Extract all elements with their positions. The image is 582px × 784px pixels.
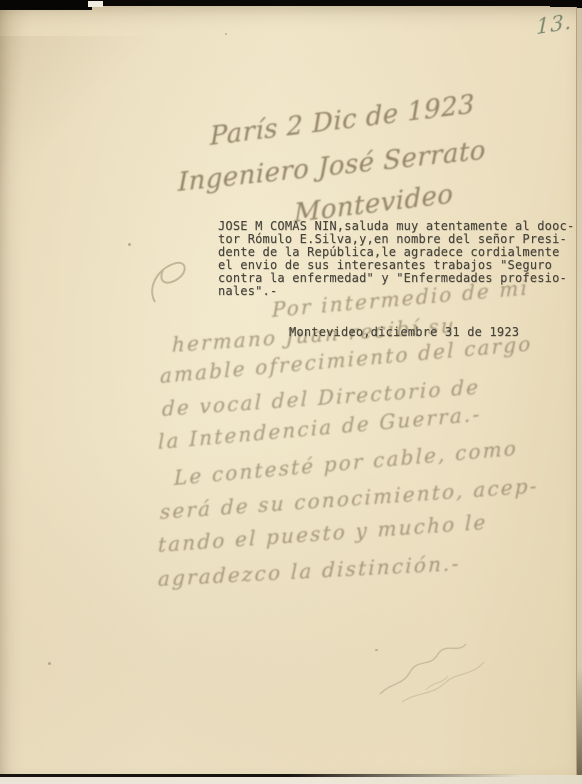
page-edge-shadow <box>0 774 522 777</box>
paper-speck <box>128 243 131 246</box>
under-page-right-edge <box>577 8 582 784</box>
paper-speck <box>375 649 378 651</box>
paper-speck <box>225 33 227 35</box>
paper-speck <box>48 662 51 665</box>
top-right-edge-blob <box>550 0 582 7</box>
top-edge-strip <box>0 0 92 10</box>
letter-page <box>0 6 577 775</box>
top-edge-notch <box>88 1 103 7</box>
typed-note-line: nales".- <box>218 285 580 298</box>
typed-dateline: Montevideo,diciembre 31 de 1923 <box>289 325 519 339</box>
typed-note: JOSE M COMAS NIN,saluda muy atentamente … <box>218 220 580 299</box>
scan-background: 13. París 2 Dic de 1923 Ingeniero José S… <box>0 0 582 784</box>
